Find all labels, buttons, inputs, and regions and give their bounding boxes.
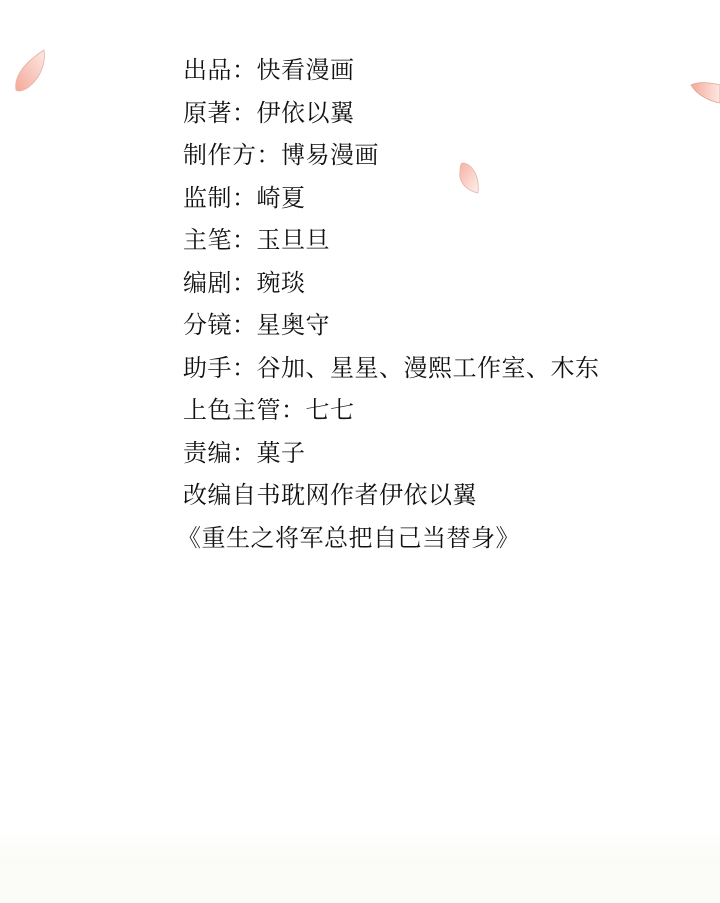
source-novel-title: 《重生之将军总把自己当替身》 bbox=[177, 517, 600, 560]
petal-top-right-decoration bbox=[689, 81, 720, 105]
credit-value: 菓子 bbox=[257, 439, 306, 467]
credit-value: 七七 bbox=[306, 396, 355, 424]
adaptation-note: 改编自书耽网作者伊依以翼 bbox=[183, 474, 600, 517]
credit-value: 琬琰 bbox=[257, 269, 306, 297]
credit-label: 制作方： bbox=[183, 141, 281, 169]
credit-value: 伊依以翼 bbox=[257, 99, 355, 127]
credit-label: 出品： bbox=[183, 56, 257, 84]
credit-lead-artist: 主笔：玉旦旦 bbox=[183, 219, 600, 262]
credit-label: 责编： bbox=[183, 439, 257, 467]
credit-label: 编剧： bbox=[183, 269, 257, 297]
credit-value: 玉旦旦 bbox=[257, 226, 331, 254]
credit-value: 崎夏 bbox=[257, 184, 306, 212]
credit-value: 博易漫画 bbox=[281, 141, 379, 169]
credit-label: 原著： bbox=[183, 99, 257, 127]
credits-list: 出品：快看漫画 原著：伊依以翼 制作方：博易漫画 监制：崎夏 主笔：玉旦旦 编剧… bbox=[183, 49, 600, 559]
credit-storyboard: 分镜：星奥守 bbox=[183, 304, 600, 347]
credit-label: 助手： bbox=[183, 354, 257, 382]
credit-value: 谷加、星星、漫熙工作室、木东 bbox=[257, 354, 600, 382]
credit-label: 主笔： bbox=[183, 226, 257, 254]
petal-top-left-decoration bbox=[12, 46, 48, 96]
credit-label: 上色主管： bbox=[183, 396, 306, 424]
bottom-fade-decoration bbox=[0, 833, 720, 903]
credit-assistants: 助手：谷加、星星、漫熙工作室、木东 bbox=[183, 347, 600, 390]
credit-label: 分镜： bbox=[183, 311, 257, 339]
credit-screenwriter: 编剧：琬琰 bbox=[183, 262, 600, 305]
credit-publisher: 出品：快看漫画 bbox=[183, 49, 600, 92]
credit-supervisor: 监制：崎夏 bbox=[183, 177, 600, 220]
credit-editor: 责编：菓子 bbox=[183, 432, 600, 475]
credit-label: 监制： bbox=[183, 184, 257, 212]
credit-color-lead: 上色主管：七七 bbox=[183, 389, 600, 432]
credit-producer: 制作方：博易漫画 bbox=[183, 134, 600, 177]
credit-value: 快看漫画 bbox=[257, 56, 355, 84]
credit-value: 星奥守 bbox=[257, 311, 331, 339]
credit-original-author: 原著：伊依以翼 bbox=[183, 92, 600, 135]
